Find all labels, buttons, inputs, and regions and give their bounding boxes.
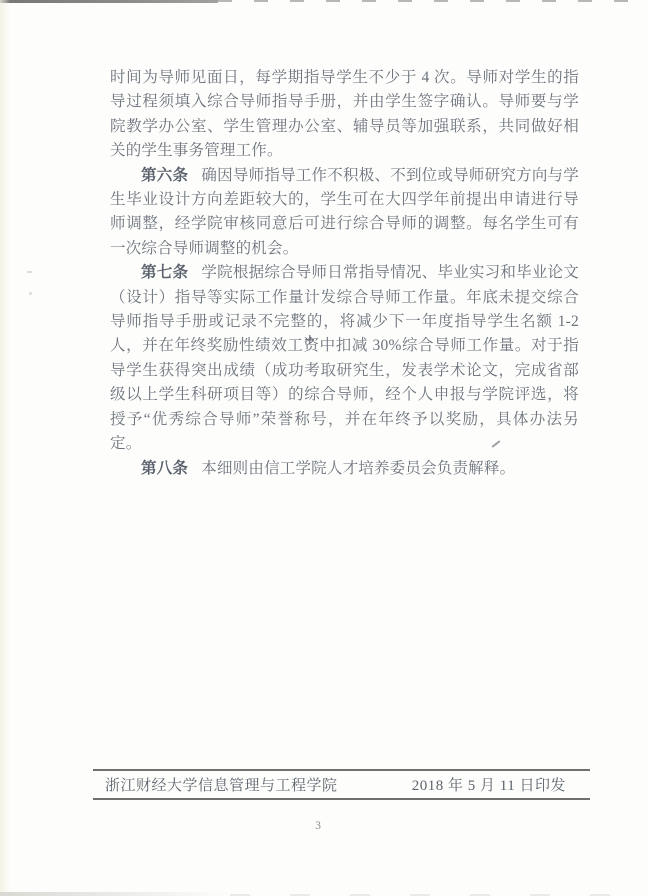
- paragraph-text: 学院根据综合导师日常指导情况、毕业实习和毕业论文（设计）指导等实际工作量计发综合…: [110, 264, 579, 452]
- document-body: 时间为导师见面日，每学期指导学生不少于 4 次。导师对学生的指导过程须填入综合导…: [110, 66, 579, 481]
- article-number: 第七条: [141, 264, 188, 281]
- page-number: 3: [306, 818, 330, 833]
- issuing-organization: 浙江财经大学信息管理与工程学院: [105, 774, 338, 795]
- scan-speck: [27, 271, 32, 273]
- paragraph-text: 本细则由信工学院人才培养委员会负责解释。: [201, 460, 515, 477]
- scanner-edge-tint-left: [0, 0, 10, 896]
- paragraph-article-six: 第六条确因导师指导工作不积极、不到位或导师研究方向与学生毕业设计方向差距较大的，…: [110, 164, 579, 262]
- article-number: 第六条: [141, 167, 188, 184]
- paragraph-article-eight: 第八条本细则由信工学院人才培养委员会负责解释。: [110, 457, 579, 481]
- paragraph-continuation: 时间为导师见面日，每学期指导学生不少于 4 次。导师对学生的指导过程须填入综合导…: [110, 66, 579, 164]
- issue-footer: 浙江财经大学信息管理与工程学院 2018 年 5 月 11 日印发: [93, 769, 590, 800]
- scanned-document-page: 时间为导师见面日，每学期指导学生不少于 4 次。导师对学生的指导过程须填入综合导…: [0, 0, 647, 896]
- article-number: 第八条: [141, 460, 188, 477]
- scanner-edge-artifact-top-dashes: [218, 0, 647, 2]
- pen-plus-mark: [305, 335, 314, 344]
- paragraph-text: 时间为导师见面日，每学期指导学生不少于 4 次。导师对学生的指导过程须填入综合导…: [110, 69, 579, 159]
- scanner-edge-artifact-bottom: [0, 892, 230, 896]
- scanner-edge-artifact-top: [0, 0, 218, 3]
- issue-date: 2018 年 5 月 11 日印发: [412, 774, 566, 795]
- scan-speck: [571, 372, 573, 374]
- paragraph-article-seven: 第七条学院根据综合导师日常指导情况、毕业实习和毕业论文（设计）指导等实际工作量计…: [110, 261, 579, 456]
- scan-speck: [29, 292, 32, 295]
